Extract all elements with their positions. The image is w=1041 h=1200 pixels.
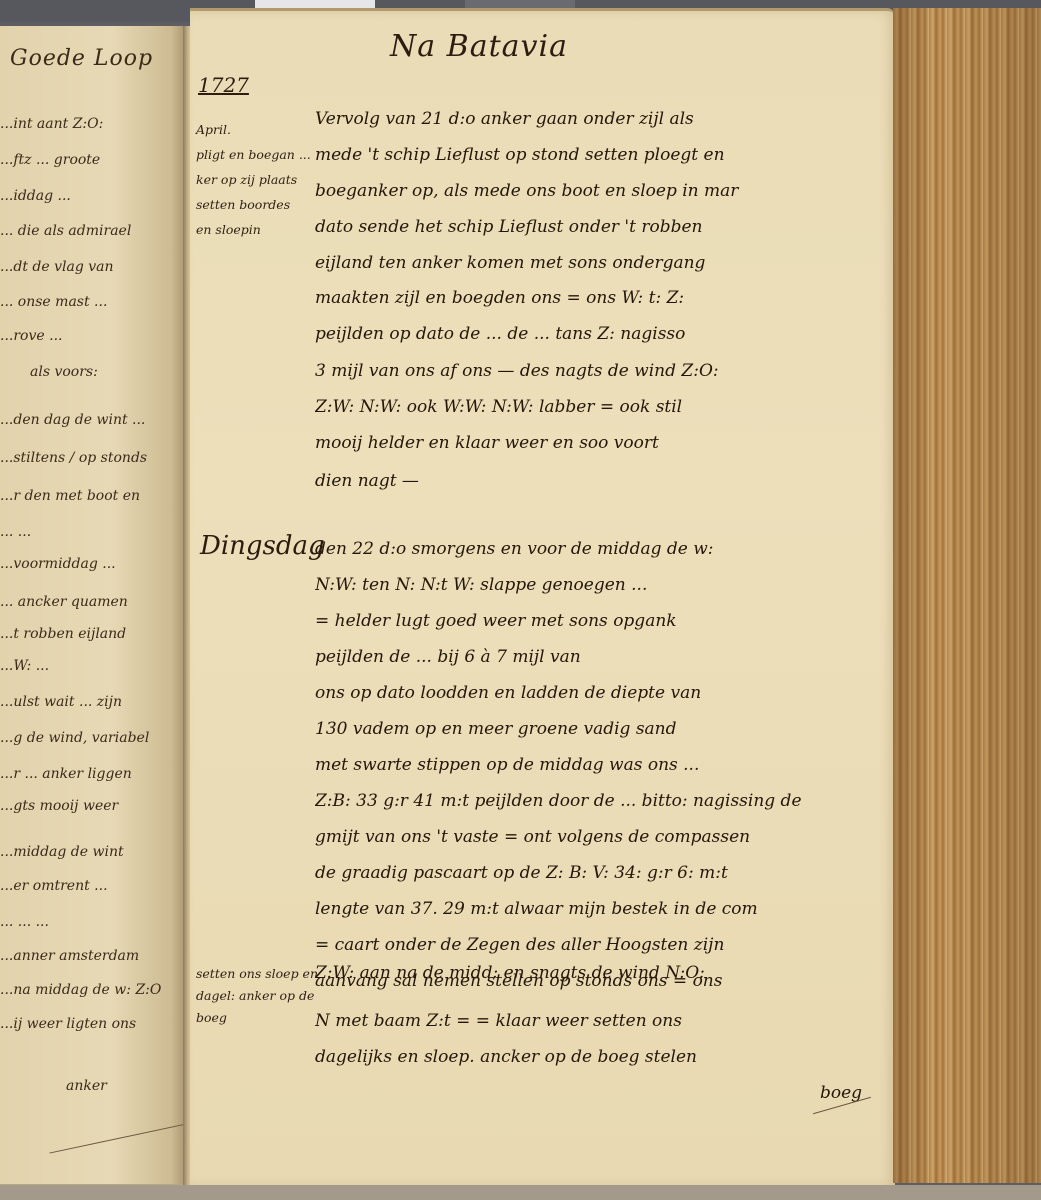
left-page-line: ...na middag de w: Z:O bbox=[0, 982, 180, 998]
left-page-line: ...middag de wint bbox=[0, 844, 180, 860]
journal-line: = helder lugt goed weer met sons opgank bbox=[315, 611, 890, 631]
journal-line: 130 vadem op en meer groene vadig sand bbox=[315, 719, 890, 739]
left-page-line: ...stiltens / op stonds bbox=[0, 450, 180, 466]
left-page-line: ... ancker quamen bbox=[0, 594, 180, 610]
journal-line: Z:W: aan na de midd: en snagts de wind N… bbox=[315, 963, 890, 983]
journal-line: boeg bbox=[820, 1083, 880, 1103]
left-page-line: ... ... bbox=[0, 524, 180, 540]
left-page-line: ...er omtrent ... bbox=[0, 878, 180, 894]
journal-line: eijland ten anker komen met sons onderga… bbox=[315, 253, 890, 273]
page-header: Na Batavia bbox=[390, 29, 568, 64]
left-page-line: ...W: ... bbox=[0, 658, 180, 674]
margin-note-line: dagel: anker op de bbox=[196, 985, 318, 1007]
left-page-line: ... ... ... bbox=[0, 914, 180, 930]
left-page-line: ...gts mooij weer bbox=[0, 798, 180, 814]
margin-note-line: setten ons sloep en bbox=[196, 963, 318, 985]
left-page-line: ...ftz ... groote bbox=[0, 152, 180, 168]
margin-note-bottom: setten ons sloep en dagel: anker op de b… bbox=[196, 963, 318, 1029]
left-page-line: ...dt de vlag van bbox=[0, 259, 180, 275]
journal-line: mooij helder en klaar weer en soo voort bbox=[315, 433, 890, 453]
journal-line: Vervolg van 21 d:o anker gaan onder zijl… bbox=[315, 109, 890, 129]
background-bottom bbox=[0, 1185, 1041, 1200]
left-page-line: ... die als admirael bbox=[0, 223, 180, 239]
left-page-line: ...iddag ... bbox=[0, 188, 180, 204]
right-page: Na Batavia 1727 April. pligt en boegan .… bbox=[190, 8, 895, 1186]
journal-line: N:W: ten N: N:t W: slappe genoegen ... bbox=[315, 575, 890, 595]
journal-line: mede 't schip Lieflust op stond setten p… bbox=[315, 145, 890, 165]
journal-line: den 22 d:o smorgens en voor de middag de… bbox=[315, 539, 890, 559]
journal-line: de graadig pascaart op de Z: B: V: 34: g… bbox=[315, 863, 890, 883]
year-note: 1727 bbox=[198, 73, 249, 97]
margin-note-line: boeg bbox=[196, 1007, 318, 1029]
left-page-line: ...t robben eijland bbox=[0, 626, 180, 642]
margin-note-line: pligt en boegan ... bbox=[196, 142, 311, 167]
margin-note-top: April. pligt en boegan ... ker op zij pl… bbox=[196, 117, 311, 242]
journal-line: dien nagt — bbox=[315, 471, 890, 491]
flourish-rule bbox=[49, 1123, 186, 1153]
left-page-line: ...rove ... bbox=[0, 328, 180, 344]
journal-line: dagelijks en sloep. ancker op de boeg st… bbox=[315, 1047, 890, 1067]
journal-line: maakten zijl en boegden ons = ons W: t: … bbox=[315, 288, 890, 308]
left-page-line: ...r ... anker liggen bbox=[0, 766, 180, 782]
journal-line: N met baam Z:t = = klaar weer setten ons bbox=[315, 1011, 890, 1031]
left-page-line: ...anner amsterdam bbox=[0, 948, 180, 964]
left-page-line: ...ulst wait ... zijn bbox=[0, 694, 180, 710]
journal-line: 3 mijl van ons af ons — des nagts de win… bbox=[315, 361, 890, 381]
journal-line: Z:B: 33 g:r 41 m:t peijlden door de ... … bbox=[315, 791, 890, 811]
left-page: Goede Loop ...int aant Z:O: ...ftz ... g… bbox=[0, 26, 186, 1188]
left-page-line: ...int aant Z:O: bbox=[0, 116, 180, 132]
left-page-line: ...den dag de wint ... bbox=[0, 412, 180, 428]
fore-edge-shading bbox=[893, 8, 1041, 1183]
journal-line: met swarte stippen op de middag was ons … bbox=[315, 755, 890, 775]
journal-line: peijlden de ... bij 6 à 7 mijl van bbox=[315, 647, 890, 667]
margin-note-line: April. bbox=[196, 117, 311, 142]
journal-line: lengte van 37. 29 m:t alwaar mijn bestek… bbox=[315, 899, 890, 919]
left-page-line: ...ij weer ligten ons bbox=[0, 1016, 180, 1032]
journal-line: peijlden op dato de ... de ... tans Z: n… bbox=[315, 324, 890, 344]
journal-line: gmijt van ons 't vaste = ont volgens de … bbox=[315, 827, 890, 847]
margin-note-line: ker op zij plaats bbox=[196, 167, 311, 192]
journal-line: boeganker op, als mede ons boot en sloep… bbox=[315, 181, 890, 201]
left-page-header: Goede Loop bbox=[10, 46, 153, 71]
day-label: Dingsdag bbox=[200, 531, 325, 561]
left-page-line: ...r den met boot en bbox=[0, 488, 180, 504]
journal-line: dato sende het schip Lieflust onder 't r… bbox=[315, 217, 890, 237]
journal-line: Z:W: N:W: ook W:W: N:W: labber = ook sti… bbox=[315, 397, 890, 417]
left-page-line: ...voormiddag ... bbox=[0, 556, 180, 572]
left-page-line: ...g de wind, variabel bbox=[0, 730, 180, 746]
journal-line: = caart onder de Zegen des aller Hoogste… bbox=[315, 935, 890, 955]
left-page-line: ... onse mast ... bbox=[0, 294, 180, 310]
margin-note-line: setten boordes bbox=[196, 192, 311, 217]
margin-note-line: en sloepin bbox=[196, 217, 311, 242]
journal-line: ons op dato loodden en ladden de diepte … bbox=[315, 683, 890, 703]
